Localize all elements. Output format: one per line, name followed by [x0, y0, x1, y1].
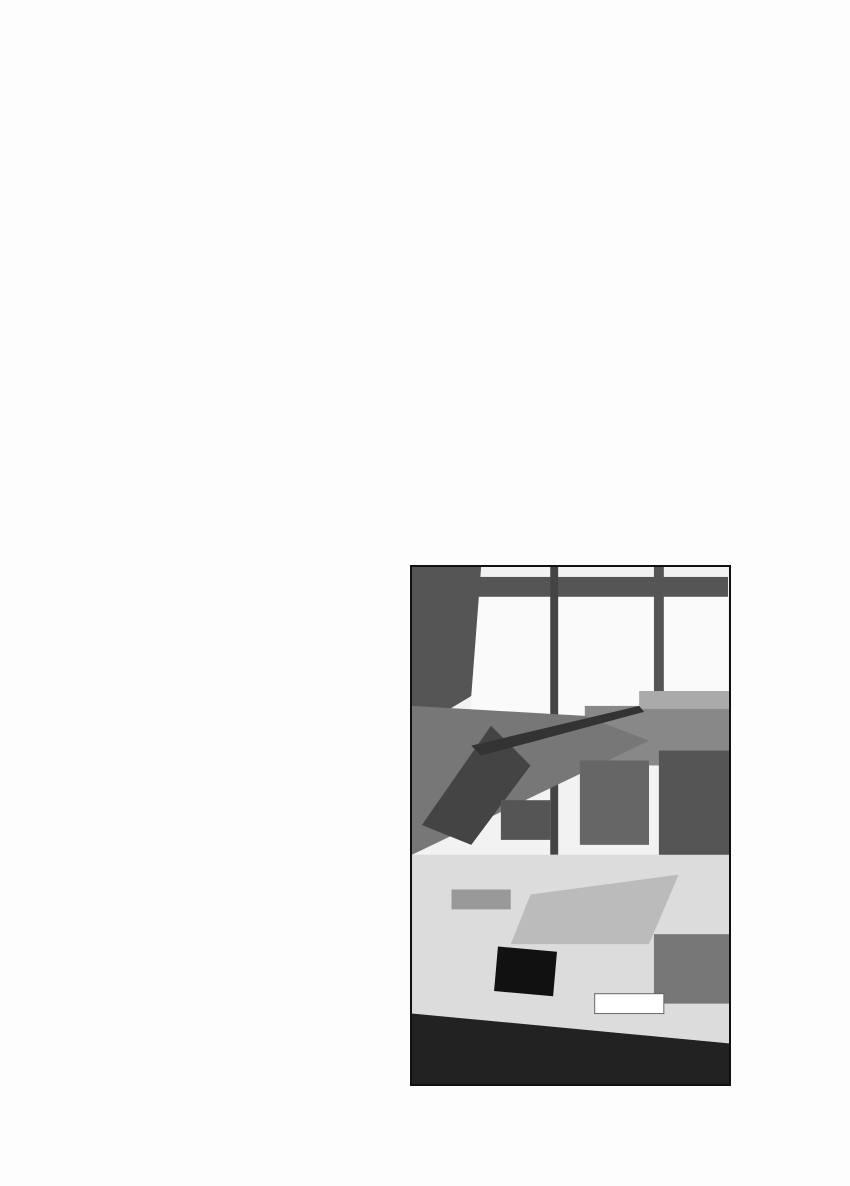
manga-panel	[410, 565, 731, 1086]
classroom-illustration	[412, 567, 729, 1084]
